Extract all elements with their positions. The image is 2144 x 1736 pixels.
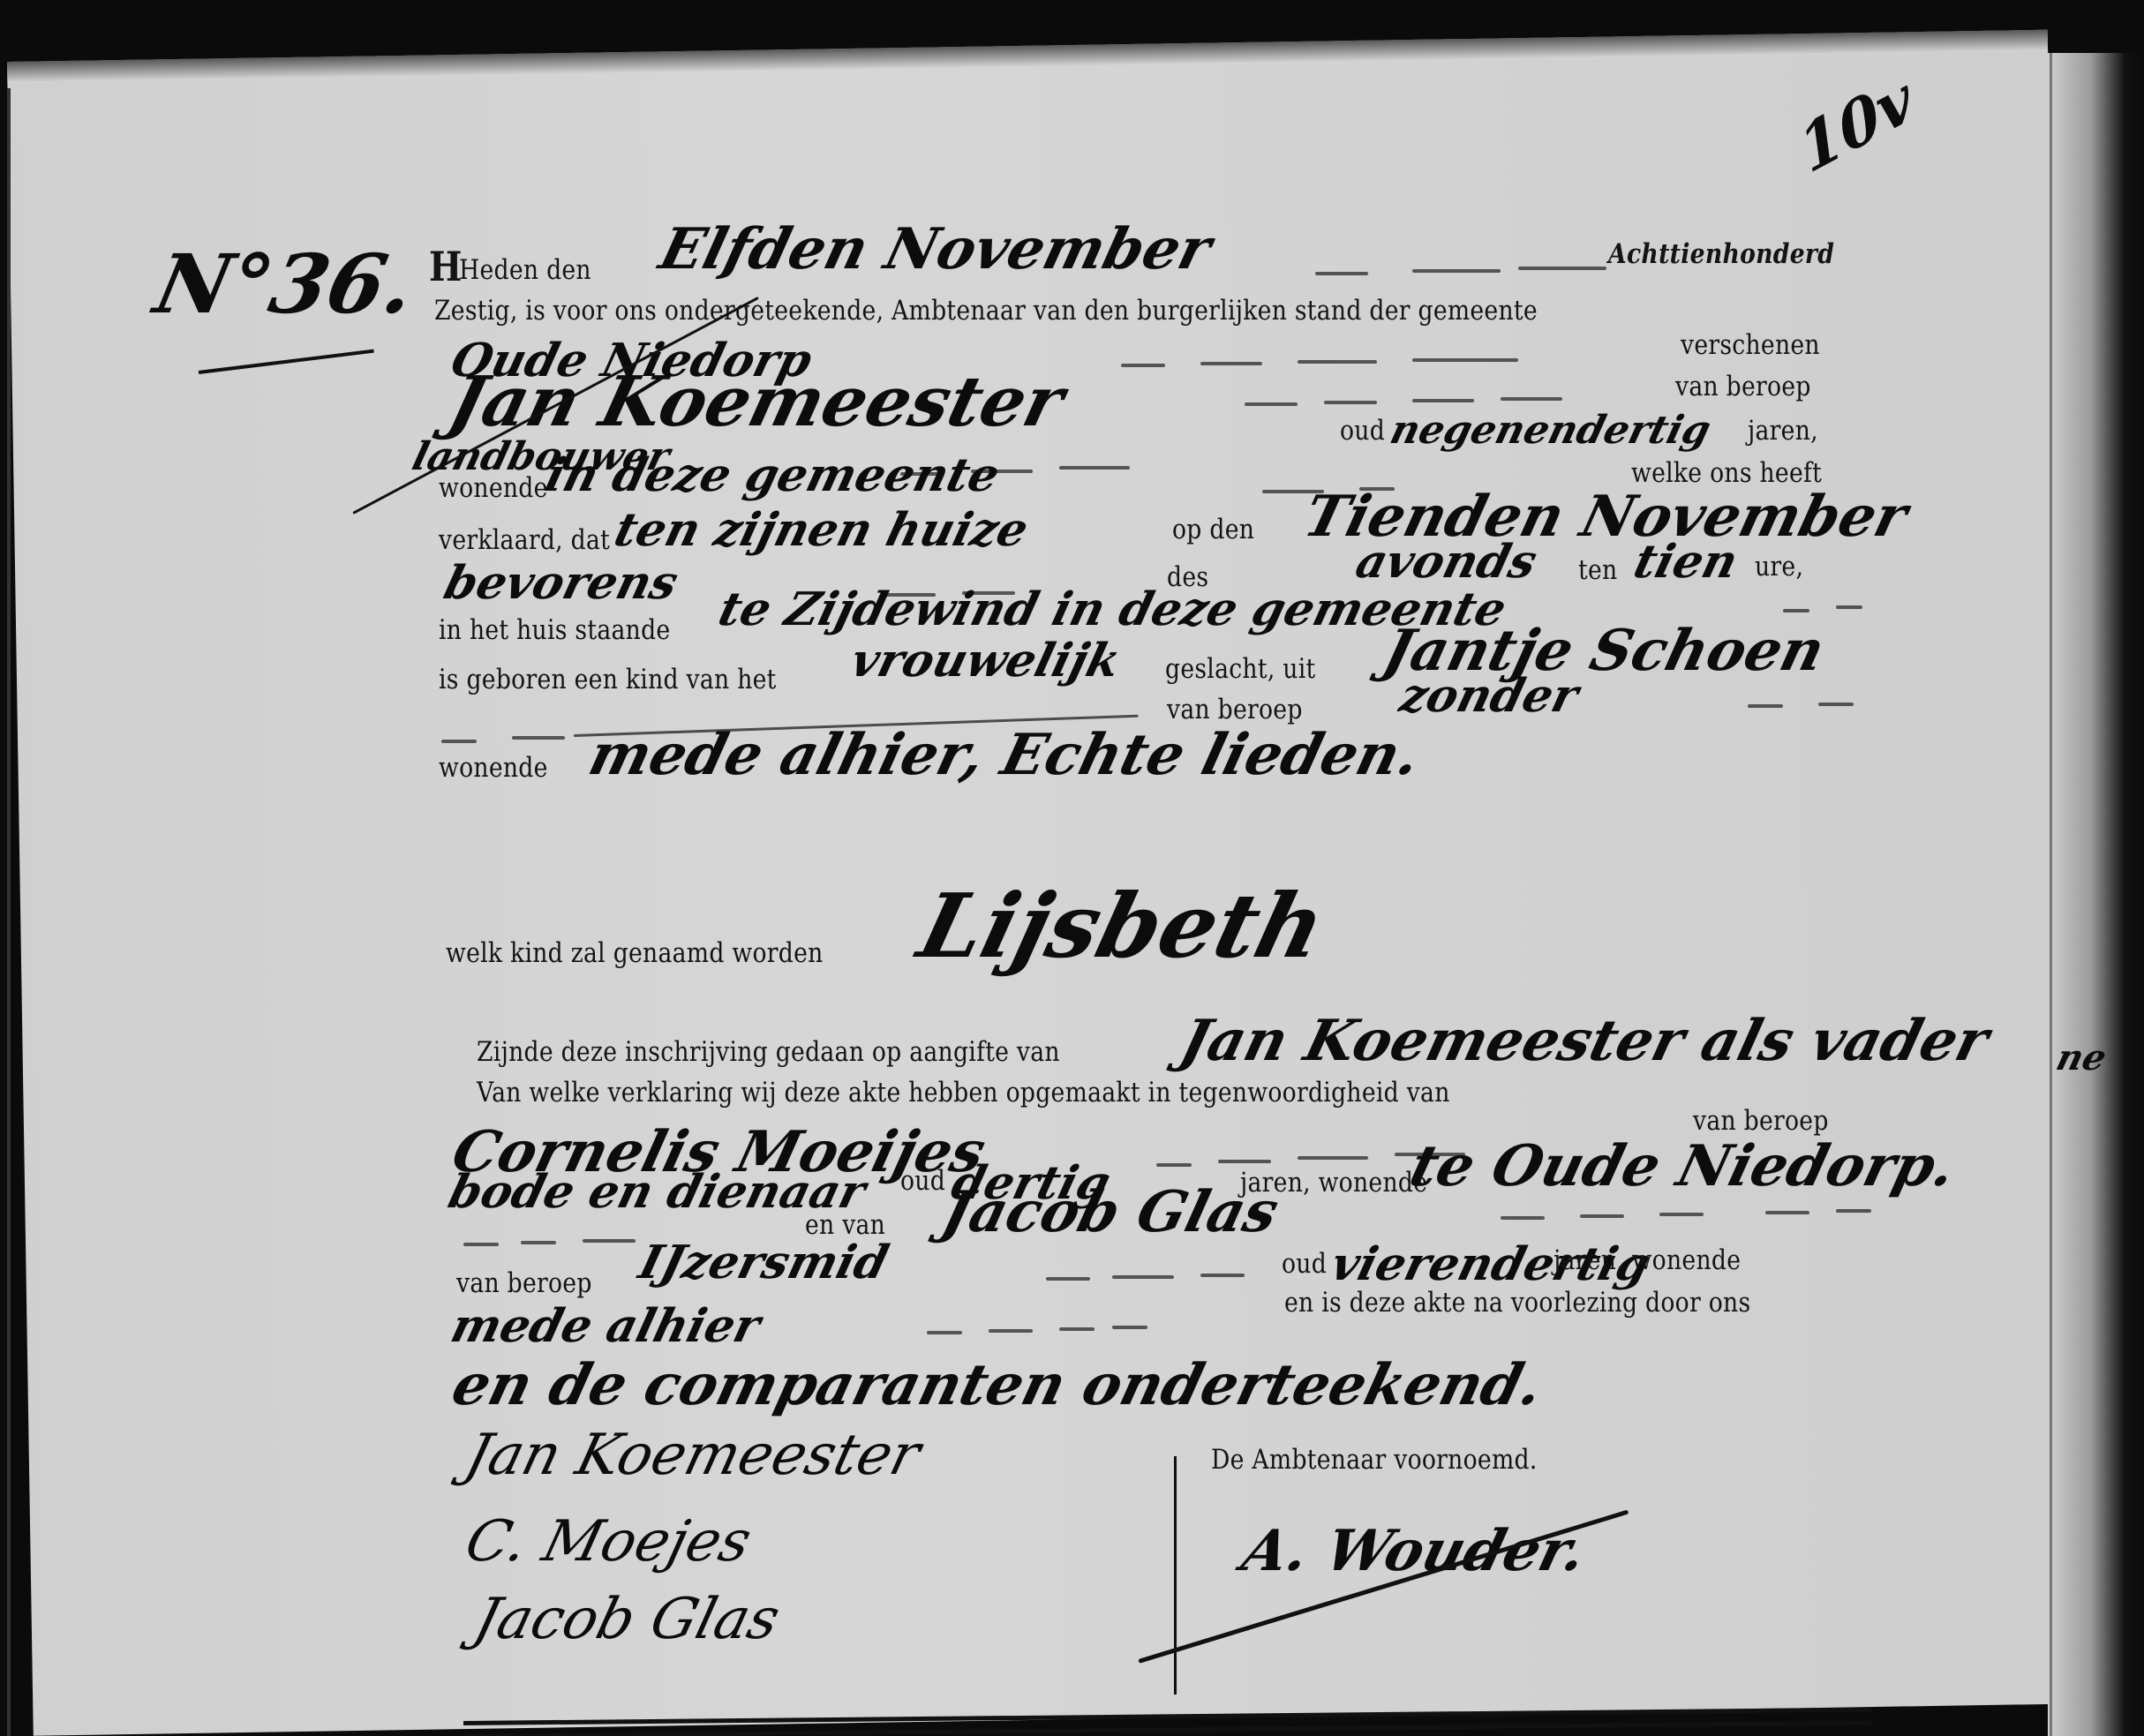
hw-time-of-day: avonds bbox=[1350, 535, 1542, 589]
hw-mother-occupation: zonder bbox=[1395, 669, 1584, 723]
printed-oud-1: oud bbox=[1340, 415, 1385, 447]
fill-dash bbox=[1818, 703, 1854, 706]
printed-verklaard-dat: verklaard, dat bbox=[439, 524, 610, 556]
hw-declarant-age: negenendertig bbox=[1386, 408, 1715, 453]
fill-dash bbox=[441, 740, 477, 743]
printed-oud-3: oud bbox=[1282, 1248, 1327, 1280]
fill-dash bbox=[989, 1329, 1033, 1333]
printed-van-welke: Van welke verklaring wij deze akte hebbe… bbox=[477, 1077, 1450, 1108]
printed-zijnde: Zijnde deze inschrijving gedaan op aangi… bbox=[477, 1036, 1060, 1068]
left-page-edge bbox=[7, 88, 11, 1736]
fill-dash bbox=[1518, 267, 1606, 270]
record-number: N°36. bbox=[147, 237, 424, 332]
fill-dash bbox=[1580, 1214, 1624, 1218]
fill-dash bbox=[1748, 704, 1783, 708]
printed-line2: Zestig, is voor ons ondergeteekende, Amb… bbox=[434, 295, 1538, 327]
fill-dash bbox=[1245, 402, 1298, 406]
fill-dash bbox=[1156, 1163, 1192, 1167]
printed-jaren-1: jaren, bbox=[1748, 415, 1818, 447]
fill-dash bbox=[1412, 399, 1474, 402]
fill-dash bbox=[583, 1239, 636, 1243]
fill-dash bbox=[1121, 364, 1165, 367]
printed-jaren-wonende-3: jaren, wonende bbox=[1553, 1244, 1741, 1276]
hw-date: Elfden November bbox=[653, 216, 1218, 282]
fill-dash bbox=[1200, 362, 1262, 365]
printed-heden-den: Heden den bbox=[459, 254, 591, 286]
fill-dash bbox=[1059, 466, 1130, 470]
hw-declarant-residence: in deze gemeente bbox=[540, 448, 1005, 502]
scan-right-margin bbox=[2048, 53, 2144, 1736]
hw-birth-place-desc: ten zijnen huize bbox=[609, 503, 1034, 557]
fill-dash bbox=[1836, 1209, 1871, 1213]
hw-sex: vrouwelijk bbox=[846, 634, 1126, 688]
fill-dash bbox=[1298, 1156, 1368, 1160]
fill-dash bbox=[1783, 609, 1809, 612]
fill-dash bbox=[1112, 1275, 1174, 1279]
margin-rule bbox=[2050, 53, 2052, 1736]
printed-welk-kind: welk kind zal genaamd worden bbox=[446, 937, 824, 969]
hw-child-name: Lijsbeth bbox=[909, 874, 1335, 978]
fill-dash bbox=[521, 1241, 556, 1244]
printed-van-beroep-2: van beroep bbox=[1167, 694, 1303, 725]
fill-dash bbox=[1112, 1326, 1147, 1329]
printed-van-beroep-1: van beroep bbox=[1675, 371, 1811, 402]
hw-witness2-residence: mede alhier bbox=[446, 1299, 765, 1353]
hw-hour: tien bbox=[1629, 535, 1743, 589]
fill-dash bbox=[1412, 358, 1518, 362]
fill-dash bbox=[1324, 401, 1377, 404]
hw-mother-residence: mede alhier, Echte lieden. bbox=[583, 722, 1426, 788]
hw-declarant-name: Jan Koemeester bbox=[441, 362, 1072, 442]
fill-dash bbox=[1836, 605, 1862, 609]
printed-en-is-deze: en is deze akte na voorlezing door ons bbox=[1284, 1287, 1750, 1319]
printed-achttienhonderd: Achttienhonderd bbox=[1608, 238, 1834, 270]
fill-dash bbox=[1765, 1211, 1809, 1214]
printed-van-beroep-3: van beroep bbox=[1693, 1105, 1829, 1137]
signature-witness2: Jacob Glas bbox=[468, 1587, 786, 1652]
fill-dash bbox=[1218, 1160, 1271, 1163]
hw-birth-date-cont: bevorens bbox=[439, 556, 683, 610]
fill-dash bbox=[1046, 1277, 1090, 1281]
signature-declarant: Jan Koemeester bbox=[459, 1423, 927, 1488]
fill-dash bbox=[1501, 1216, 1545, 1220]
hw-witness2-name: Jacob Glas bbox=[936, 1179, 1285, 1245]
fill-dash bbox=[1659, 1213, 1704, 1216]
hw-informant: Jan Koemeester als vader bbox=[1174, 1008, 1995, 1074]
fill-dash bbox=[1412, 269, 1501, 273]
printed-geslacht-uit: geslacht, uit bbox=[1165, 653, 1315, 685]
printed-wonende-2: wonende bbox=[439, 752, 548, 784]
page-edge-shadow bbox=[7, 30, 2048, 83]
fill-dash bbox=[1501, 397, 1562, 401]
hw-witness1-residence: te Oude Niedorp. bbox=[1403, 1133, 1962, 1199]
signature-bracket bbox=[1174, 1456, 1177, 1695]
printed-ure: ure, bbox=[1755, 551, 1803, 582]
hw-witness2-occupation: IJzersmid bbox=[634, 1236, 894, 1289]
fill-dash bbox=[463, 1243, 499, 1246]
drop-cap-H: H bbox=[429, 243, 463, 290]
fill-dash bbox=[927, 1331, 962, 1334]
printed-ten: ten bbox=[1578, 554, 1617, 586]
printed-ambtenaar: De Ambtenaar voornoemd. bbox=[1211, 1444, 1538, 1476]
printed-wonende-1: wonende bbox=[439, 472, 548, 504]
fill-dash bbox=[1059, 1327, 1095, 1331]
printed-in-het-huis: in het huis staande bbox=[439, 614, 670, 646]
printed-oud-2: oud bbox=[900, 1165, 945, 1197]
printed-van-beroep-4: van beroep bbox=[456, 1267, 592, 1299]
printed-op-den: op den bbox=[1172, 514, 1254, 545]
fill-dash bbox=[512, 736, 565, 740]
printed-is-geboren: is geboren een kind van het bbox=[439, 664, 777, 695]
fill-dash bbox=[1315, 272, 1368, 275]
signature-witness1: C. Moejes bbox=[459, 1509, 757, 1574]
fill-dash bbox=[1200, 1274, 1245, 1277]
fill-dash bbox=[1298, 360, 1377, 364]
printed-verschenen: verschenen bbox=[1681, 329, 1820, 361]
hw-closing: en de comparanten onderteekend. bbox=[446, 1352, 1549, 1418]
